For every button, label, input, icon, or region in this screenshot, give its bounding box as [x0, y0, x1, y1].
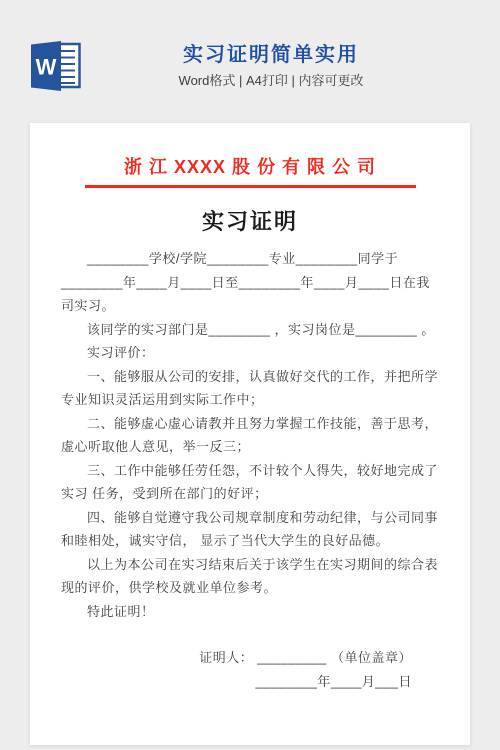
paragraph-point-2: 二、能够虚心虚心请教并且努力掌握工作技能，善于思考，虚心听取他人意见，举一反三；	[61, 412, 439, 459]
paragraph-evaluation-label: 实习评价：	[61, 341, 439, 365]
page-title: 实习证明简单实用	[42, 42, 500, 68]
red-divider-line	[85, 185, 416, 188]
paragraph-point-3: 三、工作中能够任劳任怨，不计较个人得失，较好地完成了实习 任务，受到所在部门的好…	[61, 459, 439, 506]
document-title: 实习证明	[61, 209, 439, 235]
paragraph-hereby: 特此证明！	[61, 600, 439, 624]
signature-block: 证明人： _________ （单位盖章） ________年____月___日	[61, 646, 439, 693]
date-line: ________年____月___日	[61, 670, 412, 694]
paragraph-intro-blanks: ________学校/学院________专业________同学于______…	[61, 247, 439, 318]
paragraph-point-4: 四、能够自觉遵守我公司规章制度和劳动纪律，与公司同事和睦相处，诚实守信， 显示了…	[61, 506, 439, 553]
paragraph-closing: 以上为本公司在实习结束后关于该学生在实习期间的综合表现的评价，供学校及就业单位参…	[61, 553, 439, 600]
screen: W 实习证明简单实用 Word格式 | A4打印 | 内容可更改 浙 江 XXX…	[0, 0, 500, 750]
header-banner: W 实习证明简单实用 Word格式 | A4打印 | 内容可更改	[0, 0, 500, 123]
paragraph-department: 该同学的实习部门是________ ，实习岗位是________ 。	[61, 318, 439, 342]
document-page: 浙 江 XXXX 股 份 有 限 公 司 实习证明 ________学校/学院_…	[30, 123, 470, 745]
signer-line: 证明人： _________ （单位盖章）	[61, 646, 412, 670]
company-name-heading: 浙 江 XXXX 股 份 有 限 公 司	[61, 155, 439, 179]
header-text-block: 实习证明简单实用 Word格式 | A4打印 | 内容可更改	[0, 0, 500, 89]
page-subtitle: Word格式 | A4打印 | 内容可更改	[42, 73, 500, 89]
document-body: ________学校/学院________专业________同学于______…	[61, 247, 439, 623]
paragraph-point-1: 一、能够服从公司的安排，认真做好交代的工作，并把所学专业知识灵活运用到实际工作中…	[61, 365, 439, 412]
